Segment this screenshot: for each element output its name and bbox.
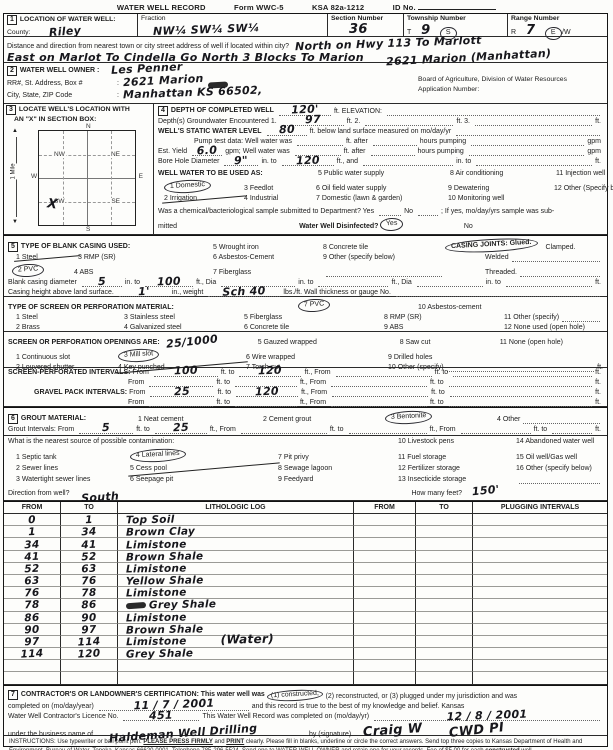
contam-option-12: 12 Fertilizer storage [398, 465, 516, 473]
welded-fill [512, 255, 600, 262]
bore2-dia-fill [363, 159, 453, 166]
perf-to2-fill [453, 370, 592, 377]
openings-1: 1 Continuous slot [16, 354, 118, 362]
screen-material-11: 11 Other (specify) [504, 314, 559, 322]
contam-option-5: 5 Cess pool [130, 465, 278, 473]
contamination-section: What is the nearest source of possible c… [4, 438, 607, 501]
screen-material-1: 1 Steel [16, 314, 124, 322]
usage-option-2: 2 Irrigation [164, 195, 244, 203]
litho-to-cell: 120 [61, 648, 118, 660]
intervals-section: SCREEN-PERFORATED INTERVALS: From 100 ft… [4, 369, 607, 407]
form-title: WATER WELL RECORD [117, 3, 206, 12]
casing-option-3: 3 RMP (SR) [78, 254, 213, 262]
litho-to-cell: 78 [61, 587, 118, 599]
litho-to-cell: 90 [61, 612, 118, 624]
casing-joints-clamped: Clamped. [546, 244, 576, 252]
gravel-from-value: 25 [174, 385, 190, 398]
plug-to-cell [416, 648, 473, 660]
litho-desc-value: Limistone [126, 562, 187, 575]
section-number-value: 36 [349, 23, 400, 38]
casing-title: TYPE OF BLANK CASING USED: [21, 243, 130, 250]
casing-dia-to-fill: 100 [145, 280, 193, 287]
grout-to3-fill [552, 427, 592, 434]
openings-5: 5 Gauzed wrapped [258, 339, 400, 347]
screen-material-6: 6 Concrete tile [244, 324, 364, 332]
statute: KSA 82a-1212 [312, 3, 364, 12]
litho-to-cell: 97 [61, 624, 118, 636]
litho-to-cell: 34 [61, 526, 118, 538]
litho-desc-cell: Brown Shale [118, 551, 354, 563]
litho-desc-cell [118, 660, 354, 672]
sample-question: Was a chemical/bacteriological sample su… [158, 208, 374, 216]
range-value: 7 [526, 23, 535, 38]
contam-option-3: 3 Watertight sewer lines [16, 476, 130, 484]
usage-option-11: 11 Injection well [556, 170, 605, 178]
pump1-hours-fill [373, 139, 417, 146]
litho-desc-value: Brown Clay [126, 526, 195, 539]
plug-to-cell [416, 526, 473, 538]
distance-row: Distance and direction from nearest town… [4, 37, 607, 63]
litho-from-value: 78 [24, 599, 40, 612]
gauge-fill [396, 290, 600, 297]
litho-to-value: 52 [81, 550, 97, 563]
grout-to2-fill [349, 427, 427, 434]
groundwater3-fill [475, 119, 592, 126]
litho-to-value: 97 [81, 623, 97, 636]
owner-city-value: Manhattan KS 66502, [123, 85, 263, 103]
screen-material-7: 7 PVC [298, 298, 331, 313]
usage-option-7: 7 Domestic (lawn & garden) [316, 195, 448, 203]
contam-option-1: 1 Septic tank [16, 454, 130, 462]
litho-desc-cell: Top Soil [118, 514, 354, 526]
bore-to-fill: 120 [282, 159, 334, 166]
section5-casing: 5TYPE OF BLANK CASING USED: 5 Wrought ir… [4, 235, 607, 297]
grout-title: GROUT MATERIAL: [21, 415, 86, 422]
groundwater1-value: 97 [305, 114, 321, 127]
section6-tag: 6 [8, 414, 18, 424]
range-label: Range Number [511, 15, 604, 23]
grout-from3-fill [461, 427, 531, 434]
fraction-cell: Fraction NW¼ SW¼ SW¼ [138, 14, 328, 36]
casing-weight-label: in., weight [172, 289, 204, 297]
section7-tag: 7 [8, 690, 18, 700]
plug-to-cell [416, 563, 473, 575]
contam-option-4: 4 Lateral lines [130, 448, 186, 464]
casing-option-5: 5 Wrought iron [213, 244, 323, 252]
cert-license-label: Water Well Contractor's Licence No. [8, 713, 118, 721]
litho-from-cell: 41 [4, 551, 61, 563]
plug-from-cell [354, 514, 416, 526]
range-cell: Range Number R 7 E/W [508, 14, 607, 36]
id-blank [418, 2, 496, 10]
gravel-label: GRAVEL PACK INTERVALS: [34, 389, 127, 397]
casing-weight-fill: Sch 40 [208, 290, 280, 297]
casing-dia-value: 5 [98, 275, 106, 288]
litho-desc-value: Limistone [126, 538, 187, 551]
openings-8: 8 Saw cut [400, 339, 500, 347]
casing-height-fill: 1' [119, 290, 169, 297]
cert-date-fill: 11 / 7 / 2001 [99, 704, 249, 711]
litho-desc-cell: Grey Shale [118, 599, 354, 611]
section3-4: 3LOCATE WELL'S LOCATION WITH AN "X" IN S… [4, 104, 607, 235]
screen-title: TYPE OF SCREEN OR PERFORATION MATERIAL: [8, 304, 298, 312]
litho-desc-value: Yellow Shale [126, 574, 204, 587]
usage-option-6: 6 Oil field water supply [316, 185, 448, 193]
plug-from-cell [354, 648, 416, 660]
plug-from-cell [354, 599, 416, 611]
litho-header-to: TO [61, 502, 118, 514]
screen-material-9: 9 ABS [384, 324, 504, 332]
township-cell: Township Number T 9 S [404, 14, 508, 36]
openings-9: 9 Drilled holes [388, 354, 432, 362]
litho-to-cell: 63 [61, 563, 118, 575]
plug-interval-cell [473, 551, 607, 563]
litho-row: 7678Limistone [4, 587, 607, 599]
screen-material-3: 3 Stainless steel [124, 314, 244, 322]
casing-height-value: 1' [138, 285, 150, 298]
cert-record-label: This Water Well Record was completed on … [202, 713, 369, 721]
lithologic-table: FROM TO LITHOLOGIC LOG FROM TO PLUGGING … [4, 501, 607, 685]
casing-weight-rest: lbs./ft. Wall thickness or gauge No. [283, 289, 391, 297]
cert-license-value: 451 [149, 709, 173, 722]
litho-row: 4152Brown Shale [4, 551, 607, 563]
casing-option-2: 2 PVC [12, 263, 45, 278]
plug-from-cell [354, 551, 416, 563]
litho-to-cell: 76 [61, 575, 118, 587]
section3-locator: 3LOCATE WELL'S LOCATION WITH AN "X" IN S… [4, 104, 154, 234]
cert-business-label: under the business name of [8, 731, 93, 739]
section1-location: 1LOCATION OF WATER WELL: County: Riley F… [4, 14, 607, 37]
litho-from-cell: 86 [4, 612, 61, 624]
litho-to-cell: 52 [61, 551, 118, 563]
litho-from-value: 97 [24, 636, 40, 649]
openings-title: SCREEN OR PERFORATION OPENINGS ARE: [8, 339, 160, 347]
section7-certification: 7CONTRACTOR'S OR LANDOWNER'S CERTIFICATI… [4, 685, 607, 736]
litho-to-value: 63 [81, 563, 97, 576]
range-prefix: R [511, 29, 516, 36]
grout-from2-fill [241, 427, 327, 434]
litho-desc-value: Brown Shale [126, 550, 204, 563]
perf-from-value: 100 [174, 365, 198, 378]
casing-dia2-to-fill [318, 280, 388, 287]
grout-from-value: 5 [102, 422, 110, 435]
plug-interval-cell [473, 648, 607, 660]
mile-scale: ▲ 1 Mile ▼ [12, 130, 22, 224]
screen-material-5: 5 Fiberglass [244, 314, 364, 322]
section1-title: LOCATION OF WATER WELL: [20, 16, 116, 23]
sample-yes-fill [379, 209, 401, 216]
plug-to-cell [416, 672, 473, 684]
gravel-to-fill: 120 [236, 390, 298, 397]
signature-credential: CWD PI [448, 721, 505, 742]
litho-desc-value: Limistone(Water) [126, 633, 274, 649]
plug-to-cell [416, 514, 473, 526]
elevation-label: ft. ELEVATION: [334, 108, 382, 116]
pump1-depth-fill [297, 139, 343, 146]
plug-interval-cell [473, 660, 607, 672]
litho-row [4, 660, 607, 672]
plug-interval-cell [473, 672, 607, 684]
pump2-gpm-fill [469, 149, 585, 156]
cert-title: CONTRACTOR'S OR LANDOWNER'S CERTIFICATIO… [21, 691, 265, 698]
litho-desc-cell [118, 672, 354, 684]
plug-from-cell [354, 636, 416, 648]
gravel-to2-fill [450, 390, 592, 397]
litho-from-cell: 76 [4, 587, 61, 599]
plug-from-cell [354, 672, 416, 684]
litho-from-cell: 0 [4, 514, 61, 526]
grout-option-2: 2 Cement grout [263, 416, 385, 424]
county-label: County: [7, 29, 30, 36]
litho-from-cell [4, 672, 61, 684]
litho-row: 134Brown Clay [4, 526, 607, 538]
static-level-value: 80 [278, 124, 294, 137]
litho-from-cell: 114 [4, 648, 61, 660]
section4-tag: 4 [158, 106, 168, 116]
bore-dia-value: 9" [234, 154, 248, 167]
plug-interval-cell [473, 587, 607, 599]
owner-address-label: RR#, St. Address, Box # [7, 80, 117, 88]
section2-tag: 2 [7, 66, 17, 76]
litho-desc-value: Grey Shale [126, 648, 193, 661]
perf-from4-fill [331, 380, 427, 387]
litho-from-value: 0 [28, 514, 36, 526]
litho-header: FROM TO LITHOLOGIC LOG FROM TO PLUGGING … [4, 502, 607, 514]
grout-option-3: 3 Bentonite [385, 410, 433, 426]
cert-completed-label: completed on (mo/day/year) [8, 703, 94, 711]
litho-header-log: LITHOLOGIC LOG [118, 502, 354, 514]
cert-t2: (2) reconstructed, or (3) plugged under … [326, 693, 518, 701]
water-well-record-form: WATER WELL RECORD Form WWC-5 KSA 82a-121… [0, 0, 613, 750]
se-label: SE [110, 198, 121, 205]
litho-from-value: 41 [24, 550, 40, 563]
litho-to-cell: 1 [61, 514, 118, 526]
plug-from-cell [354, 612, 416, 624]
pump1-gpm-fill [471, 139, 584, 146]
east-label: E [138, 173, 144, 180]
ne-label: NE [110, 151, 121, 158]
litho-desc-value: Limistone [126, 611, 187, 624]
litho-row: 3441Limistone [4, 538, 607, 550]
instructions-print: PRINT [226, 739, 244, 745]
litho-from-cell: 97 [4, 636, 61, 648]
litho-from-value: 52 [24, 563, 40, 576]
grout-option-4: 4 Other [497, 416, 520, 424]
plug-from-cell [354, 587, 416, 599]
plug-to-cell [416, 538, 473, 550]
plug-to-cell [416, 551, 473, 563]
litho-from-cell: 63 [4, 575, 61, 587]
casing-option-7: 7 Fiberglass [213, 269, 323, 277]
section2-owner: 2WATER WELL OWNER : Les Penner RR#, St. … [4, 63, 607, 104]
elevation-fill [387, 109, 600, 116]
plug-interval-cell [473, 538, 607, 550]
litho-from-value: 114 [20, 648, 43, 661]
section-number-cell: Section Number 36 [328, 14, 404, 36]
litho-desc-cell: Limistone [118, 538, 354, 550]
plug-from-cell [354, 526, 416, 538]
depth-label: DEPTH OF COMPLETED WELL [171, 107, 274, 114]
plug-from-cell [354, 575, 416, 587]
litho-row: 9097Brown Shale [4, 624, 607, 636]
bore2-to-fill [476, 159, 592, 166]
litho-to-value: 120 [77, 648, 100, 661]
disinfected-no: No [464, 223, 473, 231]
form-number: Form WWC-5 [234, 3, 284, 12]
agency-block: Board of Agriculture, Division of Water … [418, 76, 603, 94]
perf-label: SCREEN-PERFORATED INTERVALS: [8, 369, 131, 377]
litho-to-cell: 114 [61, 636, 118, 648]
litho-desc-value: Top Soil [126, 514, 175, 527]
litho-to-value: 34 [81, 526, 97, 539]
litho-from-value: 1 [28, 526, 36, 538]
plug-interval-cell [473, 599, 607, 611]
direction-label: Direction from well? [8, 490, 69, 498]
bore-to-value: 120 [296, 154, 320, 167]
plug-interval-cell [473, 612, 607, 624]
form-header: WATER WELL RECORD Form WWC-5 KSA 82a-121… [0, 0, 613, 13]
usage-option-9: 9 Dewatering [448, 185, 554, 193]
usage-option-5: 5 Public water supply [318, 170, 450, 178]
casing-joints-welded: Welded [485, 254, 509, 262]
yield-value: 6.0 [197, 144, 218, 157]
casing-option-1: 1 Steel [16, 254, 78, 262]
arrow-up-icon: ▲ [12, 128, 18, 135]
plug-header-from: FROM [354, 502, 416, 514]
casing-option-6: 6 Asbestos-Cement [213, 254, 323, 262]
plug-interval-cell [473, 563, 607, 575]
plug-to-cell [416, 575, 473, 587]
contam-option-8: 8 Sewage lagoon [278, 465, 398, 473]
static-level-rest: ft. below land surface measured on mo/da… [310, 128, 452, 136]
litho-row [4, 672, 607, 684]
cert-constructed: (1) constructed, [266, 688, 322, 702]
contam-option-15: 15 Oil well/Gas well [516, 454, 577, 462]
groundwater-label: Depth(s) Groundwater Encountered [158, 118, 269, 126]
static-date-fill [456, 129, 600, 136]
cert-signature-label: by (signature) [309, 731, 351, 739]
owner-city-label: City, State, ZIP Code [7, 92, 117, 100]
litho-from-cell: 34 [4, 538, 61, 550]
perf-to-value: 120 [258, 365, 282, 378]
usage-option-1: 1 Domestic [164, 179, 212, 194]
plug-header-to: TO [416, 502, 473, 514]
screen-material-12: 12 None used (open hole) [504, 324, 585, 332]
litho-desc-cell: Brown Clay [118, 526, 354, 538]
litho-to-value: 41 [81, 538, 97, 551]
grout-to-fill: 25 [155, 427, 207, 434]
yield-label: Est. Yield [158, 148, 187, 156]
litho-from-cell [4, 660, 61, 672]
litho-from-value: 86 [24, 611, 40, 624]
section3-title1: LOCATE WELL'S LOCATION WITH [19, 106, 130, 113]
plug-to-cell [416, 612, 473, 624]
grout-from-fill: 5 [79, 427, 133, 434]
gravel-from2-fill [332, 390, 428, 397]
litho-from-value: 63 [24, 575, 40, 588]
section5-tag: 5 [8, 242, 18, 252]
contam-option-10: 10 Livestock pens [398, 438, 516, 446]
litho-row: 7886Grey Shale [4, 599, 607, 611]
yield-fill: 6.0 [192, 149, 222, 156]
plug-to-cell [416, 660, 473, 672]
gravel-from-fill: 25 [150, 390, 214, 397]
grout-other-fill [523, 417, 600, 424]
disinfected-yes: Yes [380, 218, 404, 232]
form-body: 1LOCATION OF WATER WELL: County: Riley F… [3, 13, 608, 747]
mile-label: 1 Mile [11, 163, 18, 179]
arrow-down-icon: ▼ [12, 219, 18, 226]
casing-option-4: 4 ABS [74, 269, 213, 277]
litho-from-value: 90 [24, 623, 40, 636]
litho-note-water: (Water) [220, 632, 274, 647]
screen-material-section: TYPE OF SCREEN OR PERFORATION MATERIAL: … [4, 299, 607, 332]
disinfected-label: Water Well Disinfected? [299, 223, 378, 231]
contam-option-14: 14 Abandoned water well [516, 438, 594, 446]
openings-11: 11 None (open hole) [500, 339, 563, 347]
well-x-mark: X [46, 197, 58, 213]
plug-interval-cell [473, 636, 607, 648]
litho-from-cell: 90 [4, 624, 61, 636]
township-prefix: T [407, 29, 411, 36]
litho-from-cell: 78 [4, 599, 61, 611]
usage-option-12: 12 Other (Specify below) [554, 185, 613, 193]
feet-value: 150' [472, 484, 501, 499]
casing-option-9: 9 Other (specify below) [323, 254, 445, 262]
gravel-to-value: 120 [255, 385, 279, 398]
static-level-fill: 80 [267, 129, 307, 136]
litho-row: 114120Grey Shale [4, 648, 607, 660]
litho-desc-cell: Limistone [118, 612, 354, 624]
sample-cont: mitted [158, 223, 177, 231]
litho-row: 01Top Soil [4, 514, 607, 526]
casing-other-fill [326, 270, 442, 277]
contam-option-11: 11 Fuel storage [398, 454, 516, 462]
sample-rest: ; If yes, mo/day/yrs sample was sub- [441, 208, 554, 216]
casing-joints-threaded: Threaded. [485, 269, 517, 277]
plug-from-cell [354, 660, 416, 672]
screen-material-2: 2 Brass [16, 324, 124, 332]
grout-to-value: 25 [173, 422, 189, 435]
plug-to-cell [416, 636, 473, 648]
township-label: Township Number [407, 15, 504, 23]
cert-t4: and this record is true to the best of m… [252, 703, 465, 711]
casing-dia-fill: 5 [82, 280, 122, 287]
litho-to-cell: 41 [61, 538, 118, 550]
agency-line2: Application Number: [418, 86, 603, 94]
nw-label: NW [53, 151, 66, 158]
litho-to-value: 86 [81, 599, 97, 612]
groundwater2-fill [365, 119, 453, 126]
sample-no-fill [418, 209, 438, 216]
threaded-fill [520, 270, 600, 277]
cert-record-date-fill: 12 / 8 / 2001 [374, 714, 600, 721]
casing-joints-glued: CASING JOINTS: Glued. [445, 237, 538, 255]
plug-to-cell [416, 587, 473, 599]
casing-dia3-fill [417, 280, 483, 287]
static-level-label: WELL'S STATIC WATER LEVEL [158, 128, 262, 136]
perf-from2-fill [336, 370, 432, 377]
casing-height-label: Casing height above land surface. [8, 289, 114, 297]
litho-to-cell [61, 660, 118, 672]
litho-header-from: FROM [4, 502, 61, 514]
perf-to4-fill [449, 380, 593, 387]
litho-desc-value: Grey Shale [126, 599, 216, 613]
bore-label: Bore Hole Diameter [158, 158, 219, 166]
screen-other-fill [562, 315, 600, 322]
litho-from-cell: 52 [4, 563, 61, 575]
feet-label: How many feet? [411, 490, 462, 498]
